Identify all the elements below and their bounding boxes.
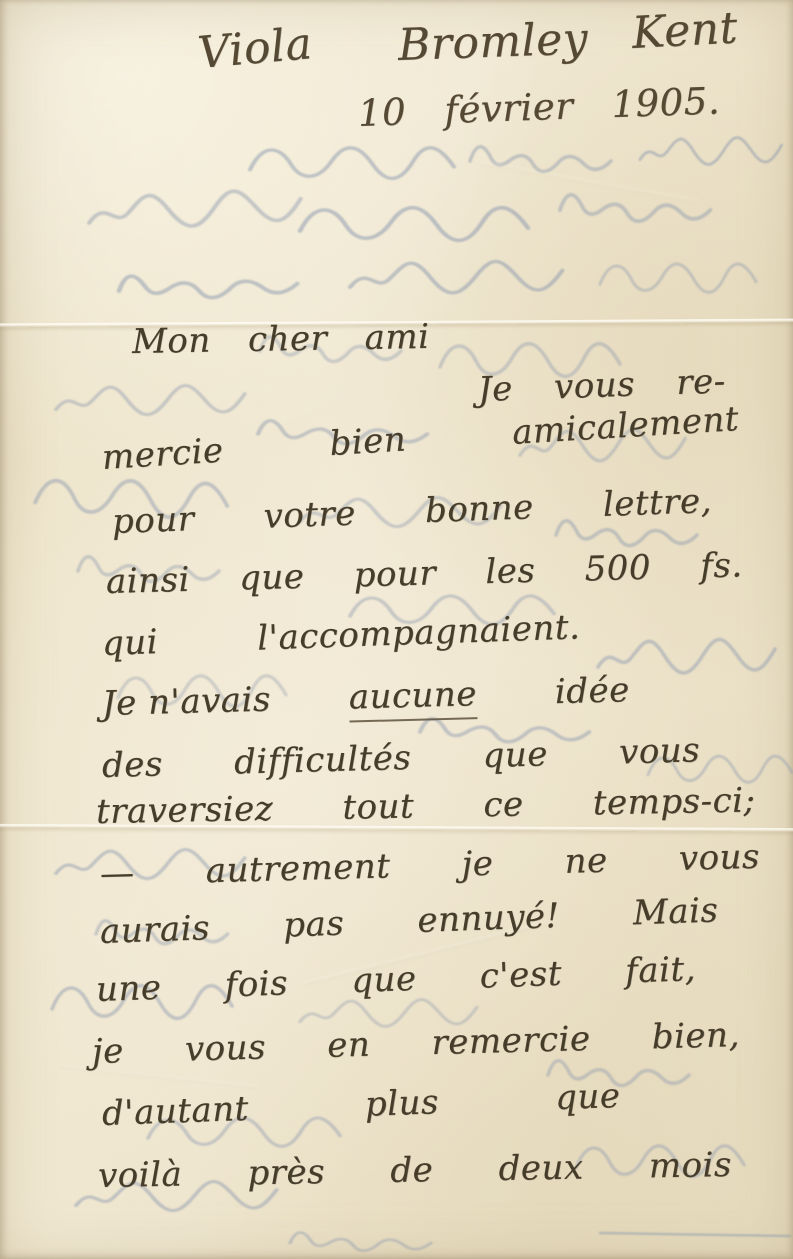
heading-place-word: Kent <box>631 3 739 59</box>
salutation: Mon cher ami <box>132 317 430 362</box>
heading-place-word: Bromley <box>397 13 589 71</box>
line-segment: Je n'avais <box>101 680 271 724</box>
line-segment: idée <box>554 670 630 712</box>
underlined-word: aucune <box>348 674 477 722</box>
letter-scan: Viola Bromley Kent 10 février 1905. Mon … <box>0 0 793 1259</box>
heading-place-word: Viola <box>196 18 314 79</box>
